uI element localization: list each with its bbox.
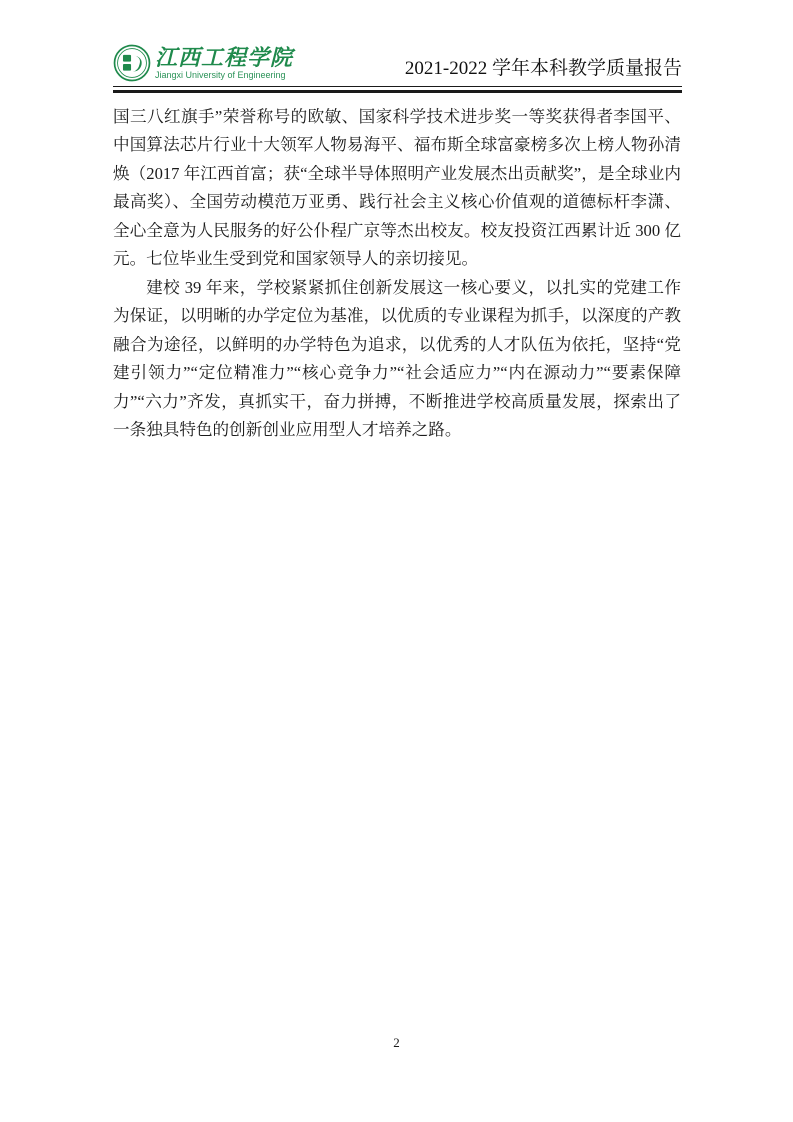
paragraph: 建校 39 年来，学校紧紧抓住创新发展这一核心要义，以扎实的党建工作为保证，以明… <box>113 274 681 445</box>
logo-subtitle: Jiangxi University of Engineering <box>155 70 293 81</box>
report-title: 2021-2022 学年本科教学质量报告 <box>405 57 682 82</box>
logo-wordmark: 江西工程学院 <box>155 46 293 70</box>
document-page: 江西工程学院 Jiangxi University of Engineering… <box>0 0 793 1122</box>
header-row: 江西工程学院 Jiangxi University of Engineering… <box>113 44 682 84</box>
university-seal-icon <box>113 44 151 82</box>
document-body: 国三八红旗手”荣誉称号的欧敏、国家科学技术进步奖一等奖获得者李国平、中国算法芯片… <box>113 103 681 444</box>
university-logo: 江西工程学院 Jiangxi University of Engineering <box>113 44 293 82</box>
page-footer: 2 <box>0 1034 793 1052</box>
page-header: 江西工程学院 Jiangxi University of Engineering… <box>113 44 682 93</box>
page-number: 2 <box>393 1035 400 1050</box>
paragraph: 国三八红旗手”荣誉称号的欧敏、国家科学技术进步奖一等奖获得者李国平、中国算法芯片… <box>113 103 681 274</box>
logo-text-stack: 江西工程学院 Jiangxi University of Engineering <box>155 46 293 81</box>
header-divider <box>113 86 682 93</box>
